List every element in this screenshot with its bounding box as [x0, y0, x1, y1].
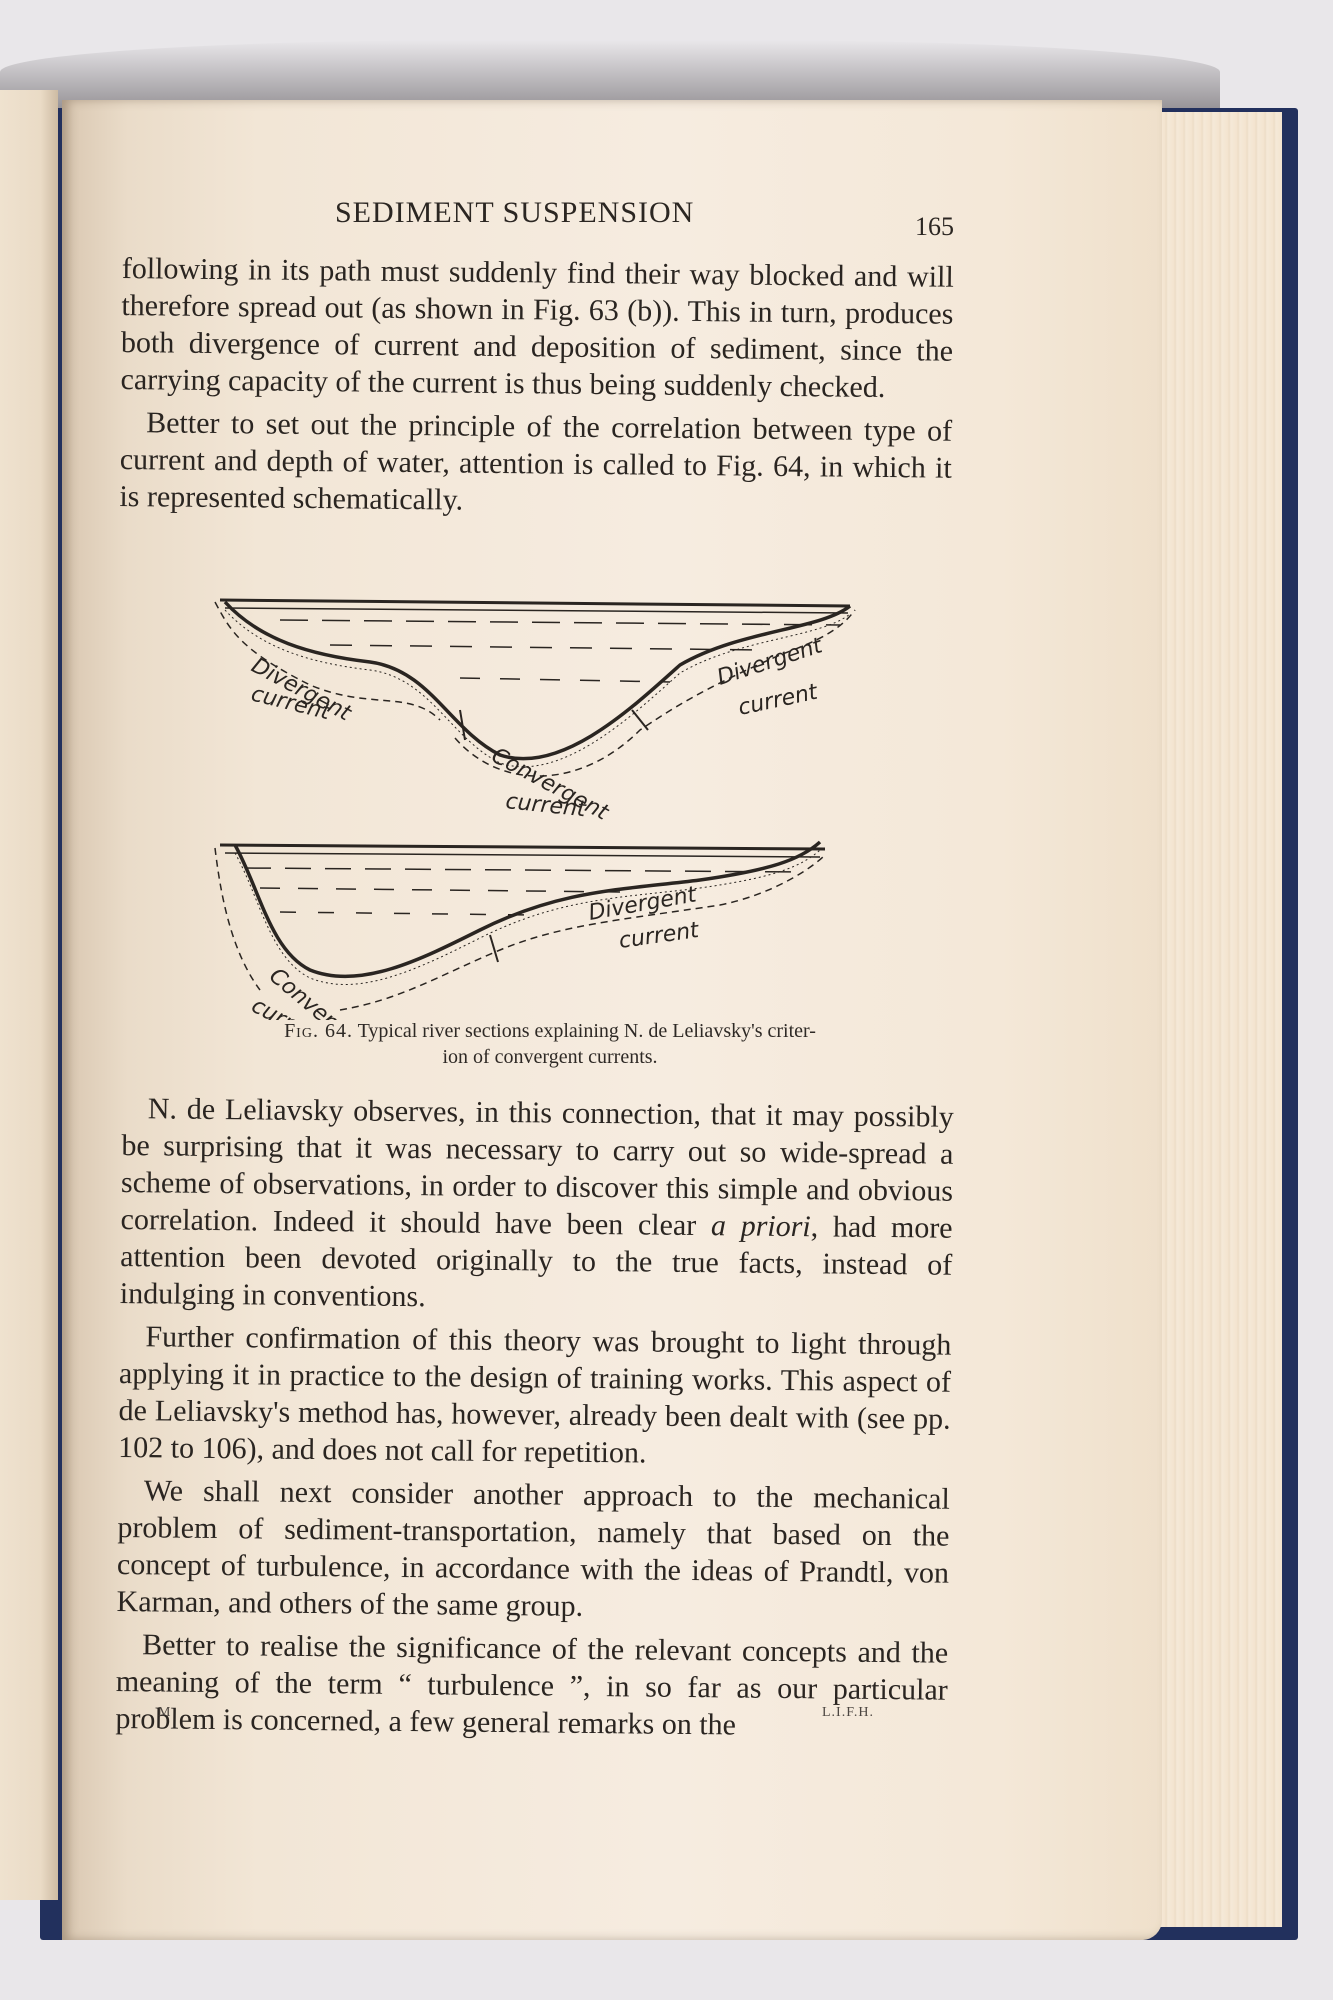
paragraph: following in its path must suddenly find… [120, 250, 954, 407]
caption-label: Fig. 64. [284, 1020, 353, 1042]
running-head: SEDIMENT SUSPENSION 165 [0, 196, 1333, 236]
caption-line1: Typical river sections explaining N. de … [358, 1020, 816, 1042]
page-number: 165 [915, 212, 954, 242]
caption-line2: ion of convergent currents. [170, 1044, 930, 1070]
upper-section-labels: Divergent current Convergent current Div… [247, 633, 826, 826]
lower-section-labels: Convergent current Divergent current [247, 882, 701, 1020]
label-divergent-current-lower: current [617, 918, 701, 954]
left-page-edge [0, 90, 58, 1900]
figure-caption: Fig. 64. Typical river sections explaini… [170, 1018, 930, 1070]
paragraph: Further confirmation of this theory was … [118, 1318, 952, 1475]
paragraph: Better to set out the principle of the c… [119, 404, 952, 524]
page-stack-edge [1150, 112, 1282, 1927]
figure-64: Divergent current Convergent current Div… [200, 570, 880, 1020]
body-text-bottom: N. de Leliavsky observes, in this connec… [115, 1090, 954, 1752]
signature-mark-left: M [158, 1705, 171, 1721]
body-text-top: following in its path must suddenly find… [119, 250, 954, 530]
paragraph: N. de Leliavsky observes, in this connec… [120, 1090, 954, 1321]
river-sections-diagram: Divergent current Convergent current Div… [200, 570, 880, 1020]
italic-term: a priori [711, 1209, 811, 1243]
running-title: SEDIMENT SUSPENSION [335, 196, 694, 230]
signature-mark-right: L.I.F.H. [822, 1705, 874, 1721]
label-current-right: current [736, 679, 821, 720]
paragraph: Better to realise the significance of th… [115, 1626, 948, 1746]
paragraph: We shall next consider another approach … [116, 1472, 950, 1629]
